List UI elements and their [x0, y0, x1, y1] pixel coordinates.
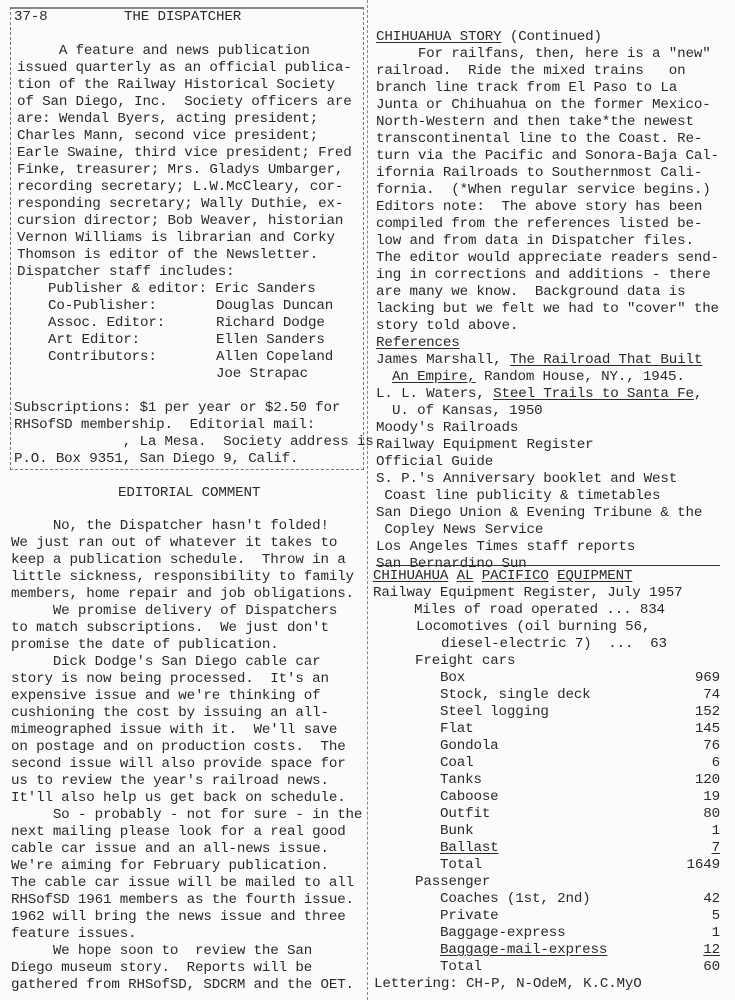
- space: [473, 568, 481, 584]
- reference-publisher: Random House, NY., 1945.: [476, 369, 685, 385]
- staff-role: [48, 366, 216, 383]
- reference-line: Los Angeles Times staff reports: [376, 539, 702, 556]
- reference-author: James Marshall,: [376, 352, 510, 368]
- text-line: Subscriptions: $1 per year or $2.50 for: [14, 400, 374, 417]
- text-line: members, home repair and job obligations…: [11, 586, 362, 603]
- reference-author: L. L. Waters,: [376, 386, 493, 402]
- equipment-name: Baggage-express: [440, 925, 662, 942]
- text-line: The editor would appreciate readers send…: [376, 250, 719, 267]
- equipment-count: 7: [662, 840, 720, 857]
- text-line: Thomson is editor of the Newsletter.: [17, 247, 352, 264]
- equipment-row: Private5: [440, 908, 720, 925]
- reference-title: Steel Trails to Santa Fe: [493, 386, 694, 402]
- text-line: ifornia Railroads to Southernmost Cali-: [376, 165, 719, 182]
- reference-item: S. P.'s Anniversary booklet and West Coa…: [376, 471, 702, 505]
- reference-line: Coast line publicity & timetables: [376, 488, 702, 505]
- text-line: low and from data in Dispatcher files.: [376, 233, 719, 250]
- text-line: 1962 will bring the news issue and three: [11, 909, 362, 926]
- equipment-row: Baggage-express1: [440, 925, 720, 942]
- story-heading-suffix: (Continued): [501, 29, 601, 45]
- subscription-info: Subscriptions: $1 per year or $2.50 forR…: [14, 400, 374, 468]
- staff-role: Co-Publisher:: [48, 298, 216, 315]
- equipment-row: Box969: [440, 670, 720, 687]
- reference-line: S. P.'s Anniversary booklet and West: [376, 471, 702, 488]
- story-heading: CHIHUAHUA STORY (Continued): [376, 29, 602, 46]
- heading-word: EQUIPMENT: [557, 568, 632, 584]
- equipment-source: Railway Equipment Register, July 1957: [373, 585, 682, 602]
- text-line: story is now being processed. It's an: [11, 671, 362, 688]
- text-line: tion of the Railway Historical Society: [17, 77, 352, 94]
- text-line: Dick Dodge's San Diego cable car: [11, 654, 362, 671]
- text-line: Diego museum story. Reports will be: [11, 960, 362, 977]
- text-line: turn via the Pacific and Sonora-Baja Cal…: [376, 148, 719, 165]
- reference-line: Moody's Railroads: [376, 420, 702, 437]
- reference-line: Railway Equipment Register: [376, 437, 702, 454]
- text-line: , La Mesa. Society address is: [14, 434, 374, 451]
- text-line: Vernon Williams is librarian and Corky: [17, 230, 352, 247]
- text-line: For railfans, then, here is a "new": [376, 46, 719, 63]
- total-value: 1649: [662, 857, 720, 874]
- equipment-name: Caboose: [440, 789, 662, 806]
- equipment-name: Tanks: [440, 772, 662, 789]
- text-line: branch line track from El Paso to La: [376, 80, 719, 97]
- staff-role: Art Editor:: [48, 332, 216, 349]
- staff-name: Allen Copeland: [216, 349, 333, 366]
- editorial-body: No, the Dispatcher hasn't folded!We just…: [11, 518, 362, 994]
- passenger-label: Passenger: [415, 874, 490, 891]
- story-heading-title: CHIHUAHUA STORY: [376, 29, 501, 45]
- text-line: second issue will also provide space for: [11, 756, 362, 773]
- text-line: cushioning the cost by issuing an all-: [11, 705, 362, 722]
- reference-line: San Diego Union & Evening Tribune & the: [376, 505, 702, 522]
- staff-name: Ellen Sanders: [216, 332, 325, 349]
- text-line: We just ran out of whatever it takes to: [11, 535, 362, 552]
- reference-line: James Marshall, The Railroad That Built: [376, 352, 702, 369]
- reference-line: Official Guide: [376, 454, 702, 471]
- text-line: Dispatcher staff includes:: [17, 264, 352, 281]
- text-line: P.O. Box 9351, San Diego 9, Calif.: [14, 451, 374, 468]
- text-line: So - probably - not for sure - in the: [11, 807, 362, 824]
- staff-row: Assoc. Editor:Richard Dodge: [48, 315, 333, 332]
- freight-cars-table: Box969Stock, single deck74Steel logging1…: [440, 670, 720, 874]
- text-line: The cable car issue will be mailed to al…: [11, 875, 362, 892]
- column-divider: [367, 0, 368, 1000]
- text-line: little sickness, responsibility to famil…: [11, 569, 362, 586]
- text-line: of San Diego, Inc. Society officers are: [17, 94, 352, 111]
- equipment-name: Bunk: [440, 823, 662, 840]
- text-line: ing in corrections and additions - there: [376, 267, 719, 284]
- page-number: 37-8: [14, 9, 47, 26]
- text-line: Finke, treasurer; Mrs. Gladys Umbarger,: [17, 162, 352, 179]
- equipment-name: Baggage-mail-express: [440, 942, 662, 959]
- staff-name: Richard Dodge: [216, 315, 325, 332]
- staff-row: Contributors:Allen Copeland: [48, 349, 333, 366]
- equipment-row: Coaches (1st, 2nd)42: [440, 891, 720, 908]
- total-label: Total: [440, 857, 662, 874]
- reference-item: Railway Equipment Register: [376, 437, 702, 454]
- staff-row: Co-Publisher:Douglas Duncan: [48, 298, 333, 315]
- staff-row: Publisher & editor: Eric Sanders: [48, 281, 333, 298]
- equipment-heading: CHIHUAHUA AL PACIFICO EQUIPMENT: [373, 568, 632, 585]
- text-line: feature issues.: [11, 926, 362, 943]
- space: [549, 568, 557, 584]
- text-line: We hope soon to review the San: [11, 943, 362, 960]
- text-line: It'll also help us get back on schedule.: [11, 790, 362, 807]
- equipment-total-row: Total60: [440, 959, 720, 976]
- space: [448, 568, 456, 584]
- text-line: on postage and on production costs. The: [11, 739, 362, 756]
- equipment-count: 12: [662, 942, 720, 959]
- reference-item: Los Angeles Times staff reports: [376, 539, 702, 556]
- equipment-count: 120: [662, 772, 720, 789]
- text-line: story told above.: [376, 318, 719, 335]
- reference-item: L. L. Waters, Steel Trails to Santa Fe,U…: [376, 386, 702, 420]
- text-line: are many we know. Background data is: [376, 284, 719, 301]
- freight-label: Freight cars: [415, 653, 515, 670]
- equipment-total-row: Total1649: [440, 857, 720, 874]
- references-heading: References: [376, 335, 460, 352]
- passenger-cars-table: Coaches (1st, 2nd)42Private5Baggage-expr…: [440, 891, 720, 976]
- text-line: A feature and news publication: [17, 43, 352, 60]
- text-line: We promise delivery of Dispatchers: [11, 603, 362, 620]
- reference-line: Copley News Service: [376, 522, 702, 539]
- text-line: keep a publication schedule. Throw in a: [11, 552, 362, 569]
- reference-title: The Railroad That Built: [510, 352, 702, 368]
- equipment-row: Caboose19: [440, 789, 720, 806]
- equipment-count: 5: [662, 908, 720, 925]
- equipment-row: Stock, single deck74: [440, 687, 720, 704]
- text-line: expensive issue and we're thinking of: [11, 688, 362, 705]
- text-line: recording secretary; L.W.McCleary, cor-: [17, 179, 352, 196]
- equipment-count: 80: [662, 806, 720, 823]
- equipment-row: Tanks120: [440, 772, 720, 789]
- staff-name: Douglas Duncan: [216, 298, 333, 315]
- heading-word: AL: [457, 568, 474, 584]
- text-line: transcontinental line to the Coast. Re-: [376, 131, 719, 148]
- equipment-count: 1: [662, 925, 720, 942]
- masthead-paragraph: A feature and news publicationissued qua…: [17, 43, 352, 281]
- equipment-row: Bunk1: [440, 823, 720, 840]
- reference-punct: ,: [694, 386, 702, 402]
- equipment-name: Stock, single deck: [440, 687, 662, 704]
- text-line: issued quarterly as an official publica-: [17, 60, 352, 77]
- text-line: North-Western and then take*the newest: [376, 114, 719, 131]
- text-line: lacking but we felt we had to "cover" th…: [376, 301, 719, 318]
- heading-word: PACIFICO: [482, 568, 549, 584]
- equipment-name: Coal: [440, 755, 662, 772]
- text-line: cable car issue and an all-news issue.: [11, 841, 362, 858]
- equipment-row: Coal6: [440, 755, 720, 772]
- reference-item: San Diego Union & Evening Tribune & the …: [376, 505, 702, 539]
- equipment-name: Ballast: [440, 840, 662, 857]
- equipment-row: Outfit80: [440, 806, 720, 823]
- equipment-name: Flat: [440, 721, 662, 738]
- text-line: fornia. (*When regular service begins.): [376, 182, 719, 199]
- text-line: Charles Mann, second vice president;: [17, 128, 352, 145]
- text-line: compiled from the references listed be-: [376, 216, 719, 233]
- text-line: responding secretary; Wally Duthie, ex-: [17, 196, 352, 213]
- equipment-count: 1: [662, 823, 720, 840]
- equipment-name: Gondola: [440, 738, 662, 755]
- text-line: to match subscriptions. We just don't: [11, 620, 362, 637]
- text-line: No, the Dispatcher hasn't folded!: [11, 518, 362, 535]
- locomotives-detail: diesel-electric 7) ... 63: [441, 636, 667, 653]
- equipment-count: 42: [662, 891, 720, 908]
- staff-role: Contributors:: [48, 349, 216, 366]
- text-line: us to review the year's railroad news.: [11, 773, 362, 790]
- equipment-row: Baggage-mail-express12: [440, 942, 720, 959]
- equipment-name: Private: [440, 908, 662, 925]
- equipment-row: Gondola76: [440, 738, 720, 755]
- publication-title: THE DISPATCHER: [124, 9, 241, 26]
- equipment-name: Steel logging: [440, 704, 662, 721]
- reference-title: An Empire,: [392, 369, 476, 385]
- equipment-row: Steel logging152: [440, 704, 720, 721]
- reference-line: An Empire, Random House, NY., 1945.: [376, 369, 702, 386]
- equipment-row: Ballast7: [440, 840, 720, 857]
- equipment-count: 76: [662, 738, 720, 755]
- reference-line: U. of Kansas, 1950: [376, 403, 702, 420]
- text-line: railroad. Ride the mixed trains on: [376, 63, 719, 80]
- locomotives-line: Locomotives (oil burning 56,: [416, 619, 650, 636]
- equipment-count: 969: [662, 670, 720, 687]
- equipment-count: 145: [662, 721, 720, 738]
- reference-line: L. L. Waters, Steel Trails to Santa Fe,: [376, 386, 702, 403]
- equipment-row: Flat145: [440, 721, 720, 738]
- staff-name: Joe Strapac: [216, 366, 308, 383]
- equipment-count: 19: [662, 789, 720, 806]
- miles-operated: Miles of road operated ... 834: [414, 602, 665, 619]
- text-line: next mailing please look for a real good: [11, 824, 362, 841]
- reference-publisher: U. of Kansas, 1950: [392, 403, 543, 419]
- editorial-heading: EDITORIAL COMMENT: [118, 485, 260, 502]
- text-line: RHSofSD membership. Editorial mail:: [14, 417, 374, 434]
- total-label: Total: [440, 959, 662, 976]
- document-page: 37-8 THE DISPATCHER A feature and news p…: [0, 0, 735, 1000]
- text-line: are: Wendal Byers, acting president;: [17, 111, 352, 128]
- equipment-count: 74: [662, 687, 720, 704]
- staff-role: Assoc. Editor:: [48, 315, 216, 332]
- staff-row: Joe Strapac: [48, 366, 333, 383]
- text-line: We're aiming for February publication.: [11, 858, 362, 875]
- story-body: For railfans, then, here is a "new"railr…: [376, 46, 719, 335]
- references-list: James Marshall, The Railroad That BuiltA…: [376, 352, 702, 573]
- equipment-name: Coaches (1st, 2nd): [440, 891, 662, 908]
- text-line: Earle Swaine, third vice president; Fred: [17, 145, 352, 162]
- reference-item: Official Guide: [376, 454, 702, 471]
- equipment-name: Outfit: [440, 806, 662, 823]
- equipment-name: Box: [440, 670, 662, 687]
- staff-list: Publisher & editor: Eric SandersCo-Publi…: [48, 281, 333, 383]
- section-rule: [376, 565, 720, 566]
- equipment-count: 6: [662, 755, 720, 772]
- text-line: gathered from RHSofSD, SDCRM and the OET…: [11, 977, 362, 994]
- total-value: 60: [662, 959, 720, 976]
- text-line: promise the date of publication.: [11, 637, 362, 654]
- text-line: mimeographed issue with it. We'll save: [11, 722, 362, 739]
- lettering-line: Lettering: CH-P, N-OdeM, K.C.MyO: [374, 976, 642, 993]
- reference-item: Moody's Railroads: [376, 420, 702, 437]
- reference-item: James Marshall, The Railroad That BuiltA…: [376, 352, 702, 386]
- equipment-count: 152: [662, 704, 720, 721]
- text-line: cursion director; Bob Weaver, historian: [17, 213, 352, 230]
- text-line: Editors note: The above story has been: [376, 199, 719, 216]
- text-line: RHSofSD 1961 members as the fourth issue…: [11, 892, 362, 909]
- staff-role: Publisher & editor: Eric Sanders: [48, 281, 316, 298]
- heading-word: CHIHUAHUA: [373, 568, 448, 584]
- text-line: Junta or Chihuahua on the former Mexico-: [376, 97, 719, 114]
- staff-row: Art Editor:Ellen Sanders: [48, 332, 333, 349]
